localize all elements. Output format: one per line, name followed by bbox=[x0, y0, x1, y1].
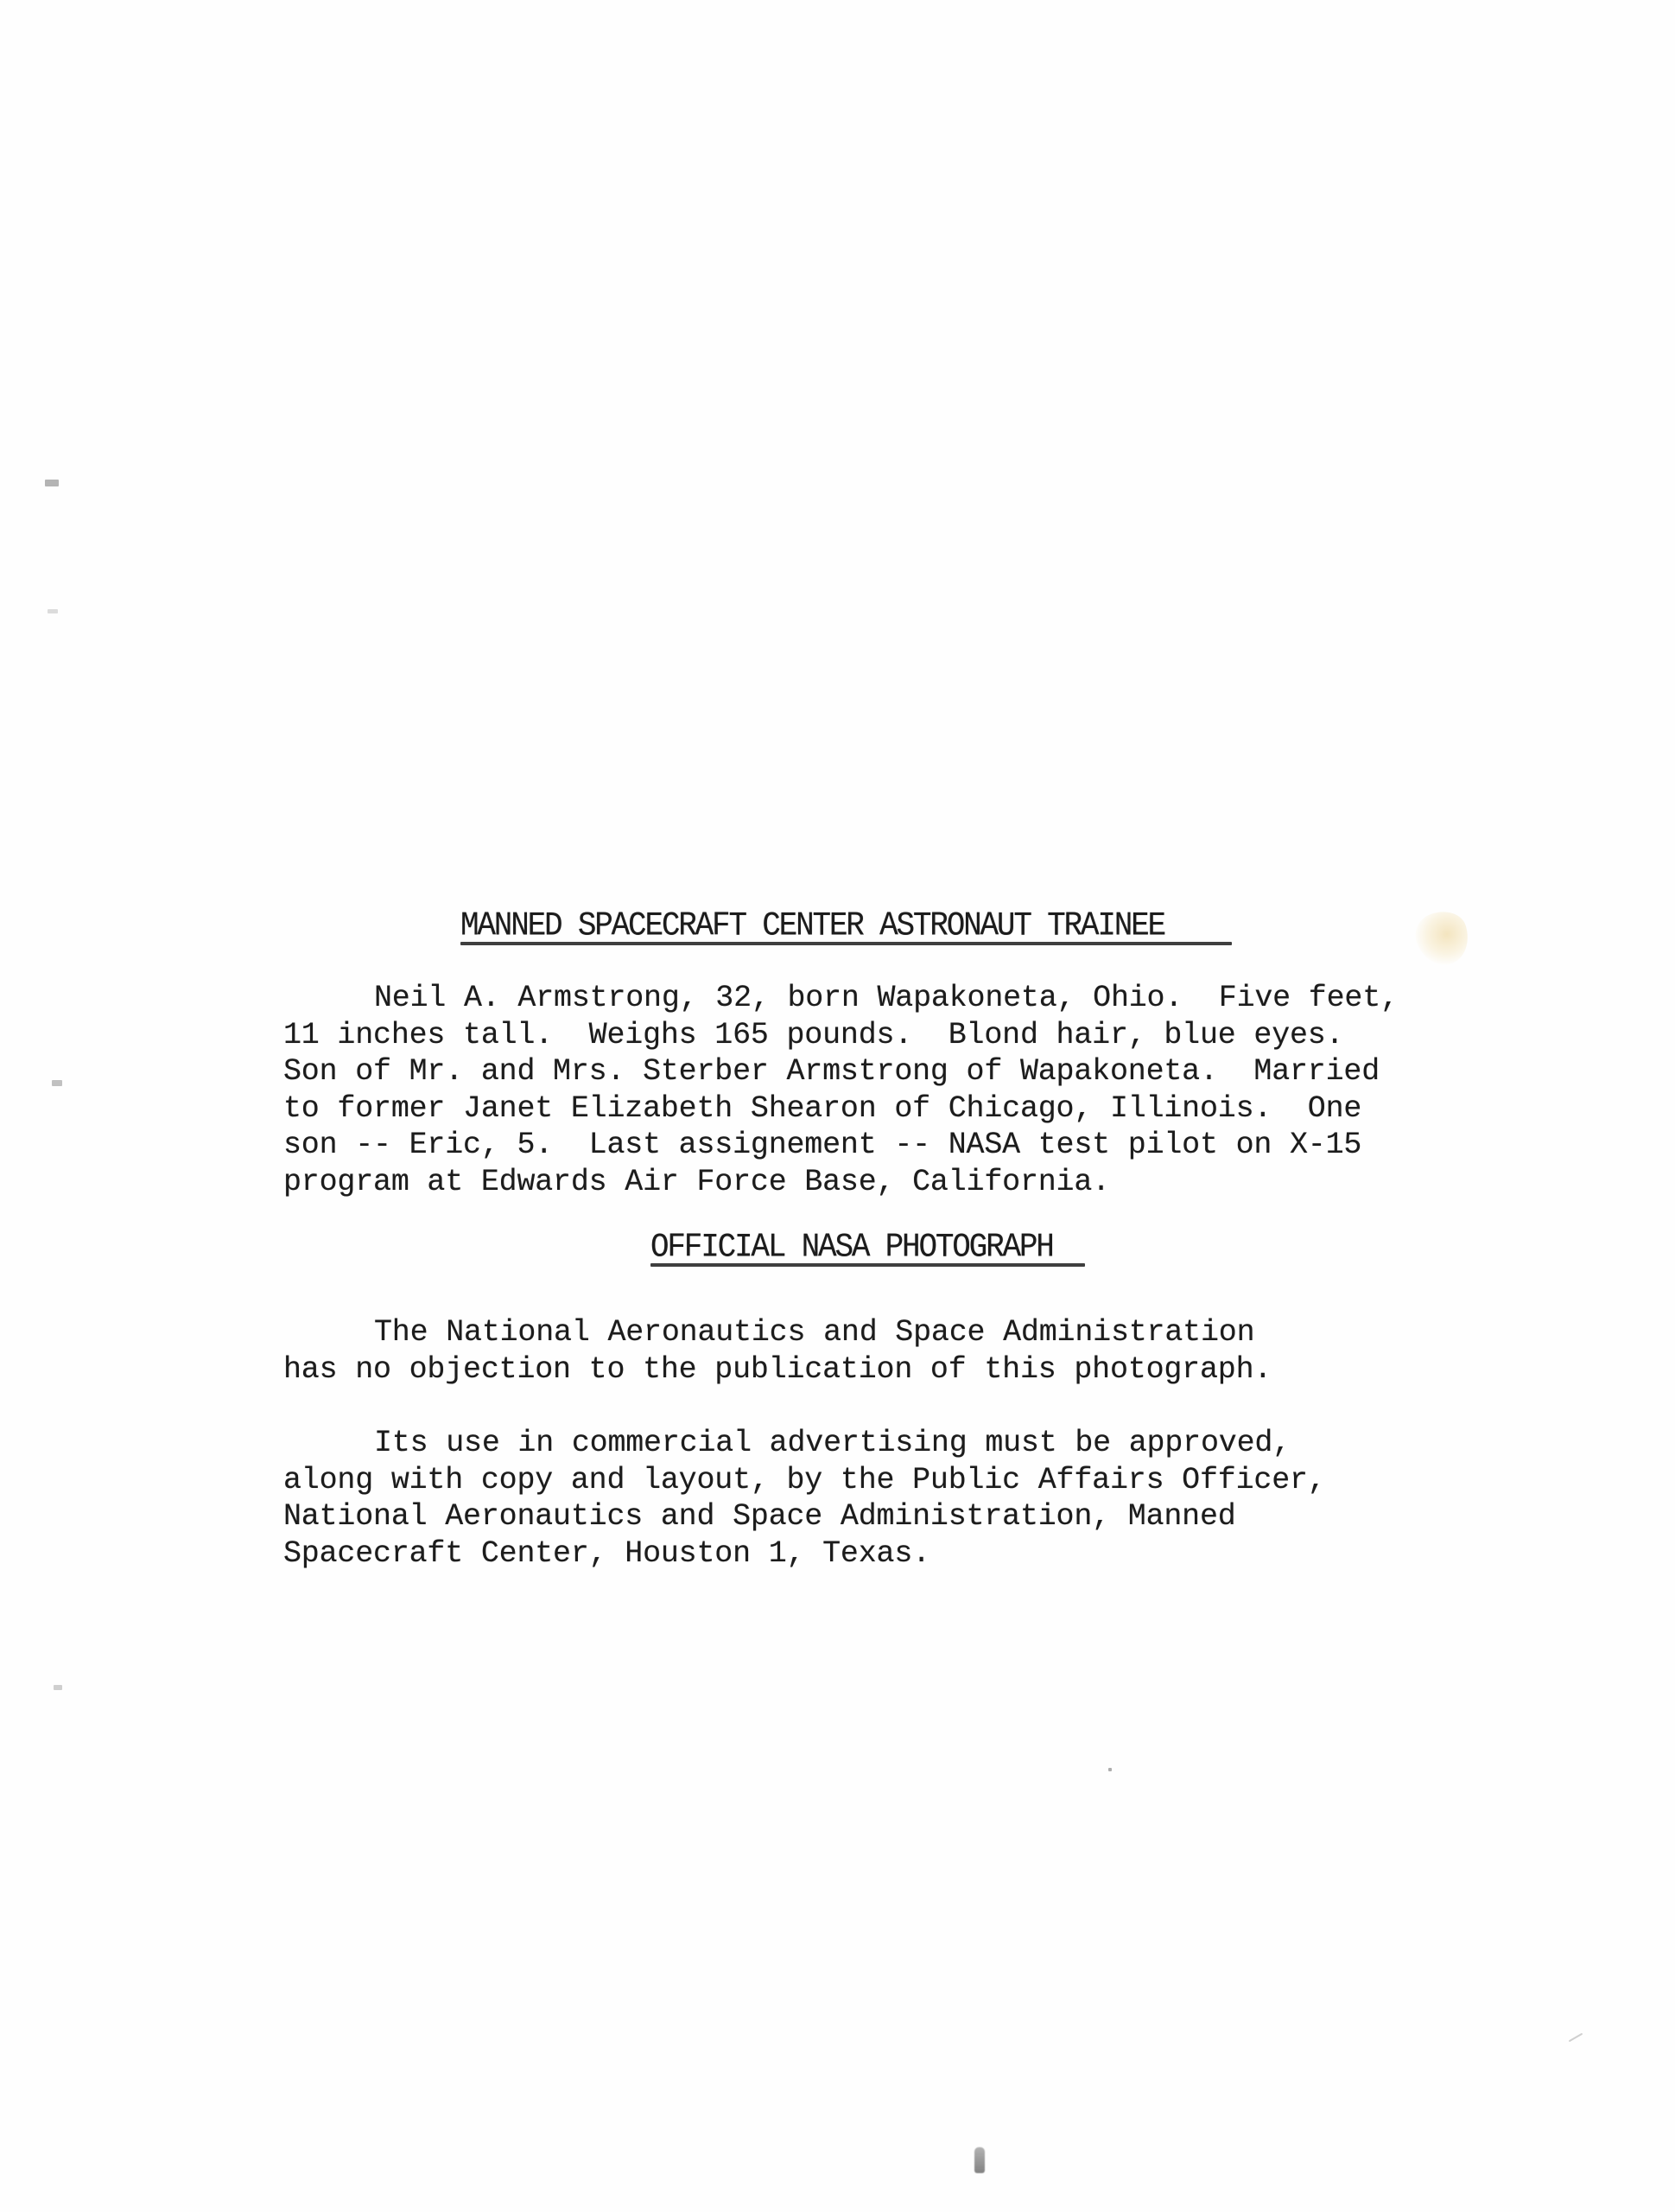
heading-astronaut-trainee: MANNED SPACECRAFT CENTER ASTRONAUT TRAIN… bbox=[460, 906, 1164, 945]
paper-speck bbox=[1569, 2033, 1583, 2043]
binder-hole-mark bbox=[48, 609, 58, 613]
advertising-line: along with copy and layout, by the Publi… bbox=[283, 1462, 1326, 1499]
paper-speck bbox=[1108, 1768, 1112, 1771]
document-page: MANNED SPACECRAFT CENTER ASTRONAUT TRAIN… bbox=[0, 0, 1675, 2212]
bio-line: program at Edwards Air Force Base, Calif… bbox=[283, 1164, 1380, 1201]
bio-line: Neil A. Armstrong, 32, born Wapakoneta, … bbox=[374, 980, 1470, 1017]
heading-astronaut-trainee-underline bbox=[460, 942, 1232, 945]
bio-line: 11 inches tall. Weighs 165 pounds. Blond… bbox=[283, 1017, 1380, 1054]
permission-line: The National Aeronautics and Space Admin… bbox=[374, 1314, 1362, 1351]
bio-line: to former Janet Elizabeth Shearon of Chi… bbox=[283, 1090, 1380, 1128]
heading-official-nasa-photograph-underline bbox=[650, 1263, 1085, 1267]
permission-paragraph: The National Aeronautics and Space Admin… bbox=[283, 1314, 1272, 1388]
permission-line: has no objection to the publication of t… bbox=[283, 1351, 1272, 1389]
advertising-line: Spacecraft Center, Houston 1, Texas. bbox=[283, 1535, 1326, 1573]
advertising-paragraph: Its use in commercial advertising must b… bbox=[283, 1425, 1326, 1572]
bio-line: son -- Eric, 5. Last assignement -- NASA… bbox=[283, 1127, 1380, 1164]
binder-hole-mark bbox=[52, 1080, 62, 1086]
binder-hole-mark bbox=[45, 480, 59, 486]
bio-line: Son of Mr. and Mrs. Sterber Armstrong of… bbox=[283, 1053, 1380, 1090]
advertising-line: National Aeronautics and Space Administr… bbox=[283, 1498, 1326, 1535]
heading-official-nasa-photograph: OFFICIAL NASA PHOTOGRAPH bbox=[650, 1228, 1053, 1267]
paper-stain bbox=[1410, 905, 1475, 972]
binder-hole-mark bbox=[54, 1685, 62, 1690]
bio-paragraph: Neil A. Armstrong, 32, born Wapakoneta, … bbox=[283, 980, 1380, 1201]
advertising-line: Its use in commercial advertising must b… bbox=[374, 1425, 1417, 1462]
paper-smudge bbox=[974, 2147, 985, 2173]
